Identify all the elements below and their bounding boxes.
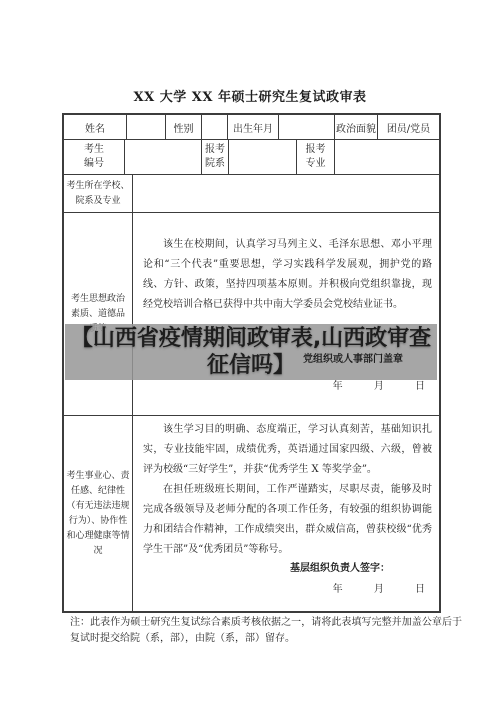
conduct-evaluation-label: 考生事业心、责 任感、纪律性 （有无违法违规 行为）、协作性 和心理健康等情 况 xyxy=(64,416,133,611)
day-label: 日 xyxy=(415,381,425,392)
major-label: 报考 专业 xyxy=(297,140,335,174)
row-political-quality: 考生思想政治 素质、道德品 质等 该生在校期间，认真学习马列主义、毛泽东思想、邓… xyxy=(64,213,439,416)
conduct-paragraph-2: 在担任班级班长期间，工作严谨踏实，尽职尽责，能够及时完成各级领导及老师分配的各项… xyxy=(133,480,439,560)
row-basic-info: 姓名 性别 出生年月 政治面貌 团员/党员 xyxy=(64,115,439,140)
row-application-info: 考生 编号 报考 院系 报考 专业 xyxy=(64,140,439,175)
form-title: XX 大学 XX 年硕士研究生复试政审表 xyxy=(0,86,500,105)
political-quality-label: 考生思想政治 素质、道德品 质等 xyxy=(64,213,133,415)
candidate-number-label: 考生 编号 xyxy=(64,140,125,174)
name-label: 姓名 xyxy=(64,115,127,139)
major-field[interactable] xyxy=(335,140,439,174)
org-stamp-label: 党组织或人事部门盖章 xyxy=(303,350,403,365)
political-quality-paragraph: 该生在校期间，认真学习马列主义、毛泽东思想、邓小平理论和“三个代表”重要思想，学… xyxy=(133,235,439,315)
row-current-school: 考生所在学校、 院系及专业 xyxy=(64,175,439,213)
gender-field[interactable] xyxy=(202,115,228,139)
row-conduct-evaluation: 考生事业心、责 任感、纪律性 （有无违法违规 行为）、协作性 和心理健康等情 况… xyxy=(64,416,439,611)
birth-date-label: 出生年月 xyxy=(228,115,279,139)
conduct-paragraph-1: 该生学习目的明确、态度端正，学习认真刻苦，基础知识扎实，专业技能牢固，成绩优秀，… xyxy=(133,420,439,480)
day-label: 日 xyxy=(415,584,425,595)
college-field[interactable] xyxy=(229,140,297,174)
current-school-field[interactable] xyxy=(133,175,439,212)
gender-label: 性别 xyxy=(166,115,202,139)
political-status-value: 团员/党员 xyxy=(378,115,439,139)
conduct-evaluation-content: 该生学习目的明确、态度端正，学习认真刻苦，基础知识扎实，专业技能牢固，成绩优秀，… xyxy=(133,416,439,611)
political-status-label: 政治面貌 xyxy=(335,115,378,139)
birth-date-field[interactable] xyxy=(279,115,335,139)
year-label: 年 xyxy=(333,381,343,392)
watermark-line-2: 征信吗】 xyxy=(207,352,295,379)
watermark-line-1: 【山西省疫情期间政审表,山西政审查 xyxy=(71,325,431,352)
month-label: 月 xyxy=(374,584,384,595)
signature-label: 基层组织负责人签字： xyxy=(290,559,390,574)
political-quality-content: 该生在校期间，认真学习马列主义、毛泽东思想、邓小平理论和“三个代表”重要思想，学… xyxy=(133,213,439,415)
footer-note: 注：此表作为硕士研究生复试综合素质考核依据之一，请将此表填写完整并加盖公章后于复… xyxy=(70,615,462,646)
name-field[interactable] xyxy=(127,115,166,139)
signature-date-line: 年 月 日 xyxy=(333,580,425,595)
candidate-number-field[interactable] xyxy=(125,140,202,174)
college-label: 报考 院系 xyxy=(202,140,229,174)
current-school-label: 考生所在学校、 院系及专业 xyxy=(64,175,133,212)
year-label: 年 xyxy=(333,584,343,595)
month-label: 月 xyxy=(374,381,384,392)
political-review-form-page: XX 大学 XX 年硕士研究生复试政审表 姓名 性别 出生年月 政治面貌 团员/… xyxy=(0,0,500,707)
